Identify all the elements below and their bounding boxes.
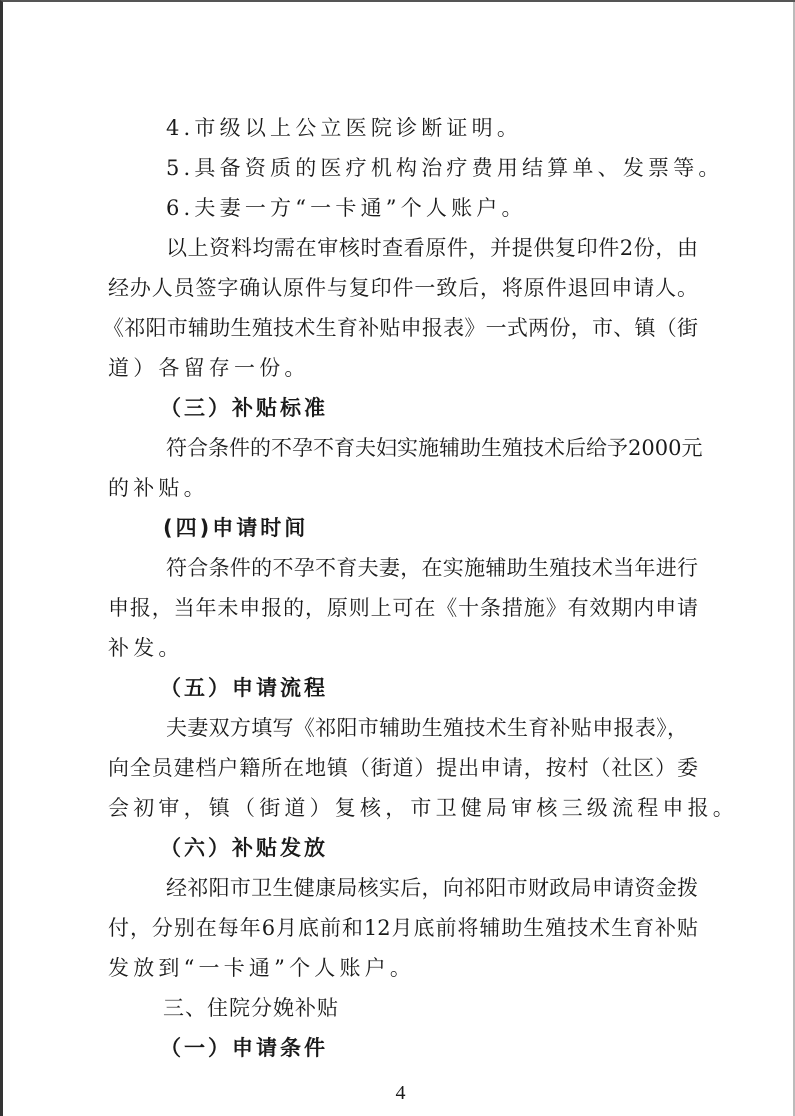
paragraph-line: 经祁阳市卫生健康局核实后，向祁阳市财政局申请资金拨 <box>166 874 698 902</box>
paragraph-line: 道）各留存一份。 <box>108 354 310 382</box>
chapter-heading-3: 三、住院分娩补贴 <box>163 994 339 1022</box>
paragraph-line: 向全员建档户籍所在地镇（街道）提出申请，按村（社区）委 <box>108 754 698 782</box>
paragraph-line: 补发。 <box>108 634 184 662</box>
paragraph-line: 符合条件的不孕不育夫妻，在实施辅助生殖技术当年进行 <box>166 554 698 582</box>
section-heading-5: （五）申请流程 <box>160 674 328 702</box>
paragraph-line: 付，分别在每年6月底前和12月底前将辅助生殖技术生育补贴 <box>108 914 698 942</box>
paragraph-line: 符合条件的不孕不育夫妇实施辅助生殖技术后给予2000元 <box>166 434 698 462</box>
document-page: 4.市级以上公立医院诊断证明。 5.具备资质的医疗机构治疗费用结算单、发票等。 … <box>0 0 795 1116</box>
paragraph-line: 申报，当年未申报的，原则上可在《十条措施》有效期内申请 <box>108 594 698 622</box>
paragraph-line: 的补贴。 <box>108 474 209 502</box>
section-heading-4: (四)申请时间 <box>163 514 308 542</box>
list-item-6: 6.夫妻一方“一卡通”个人账户。 <box>166 194 527 222</box>
page-number: 4 <box>3 1082 795 1105</box>
list-item-5: 5.具备资质的医疗机构治疗费用结算单、发票等。 <box>166 154 724 182</box>
paragraph-line: 发放到“一卡通”个人账户。 <box>108 954 415 982</box>
paragraph-line: 夫妻双方填写《祁阳市辅助生殖技术生育补贴申报表》， <box>166 714 688 742</box>
section-heading-1: （一）申请条件 <box>160 1034 328 1062</box>
paragraph-line: 经办人员签字确认原件与复印件一致后，将原件退回申请人。 <box>108 274 698 302</box>
paragraph-line: 《祁阳市辅助生殖技术生育补贴申报表》一式两份，市、镇（街 <box>103 314 698 342</box>
section-heading-6: （六）补贴发放 <box>160 834 328 862</box>
section-heading-3: （三）补贴标准 <box>160 394 328 422</box>
list-item-4: 4.市级以上公立医院诊断证明。 <box>166 114 522 142</box>
paragraph-line: 以上资料均需在审核时查看原件，并提供复印件2份，由 <box>166 234 698 262</box>
paragraph-line: 会初审，镇（街道）复核，市卫健局审核三级流程申报。 <box>108 794 738 822</box>
